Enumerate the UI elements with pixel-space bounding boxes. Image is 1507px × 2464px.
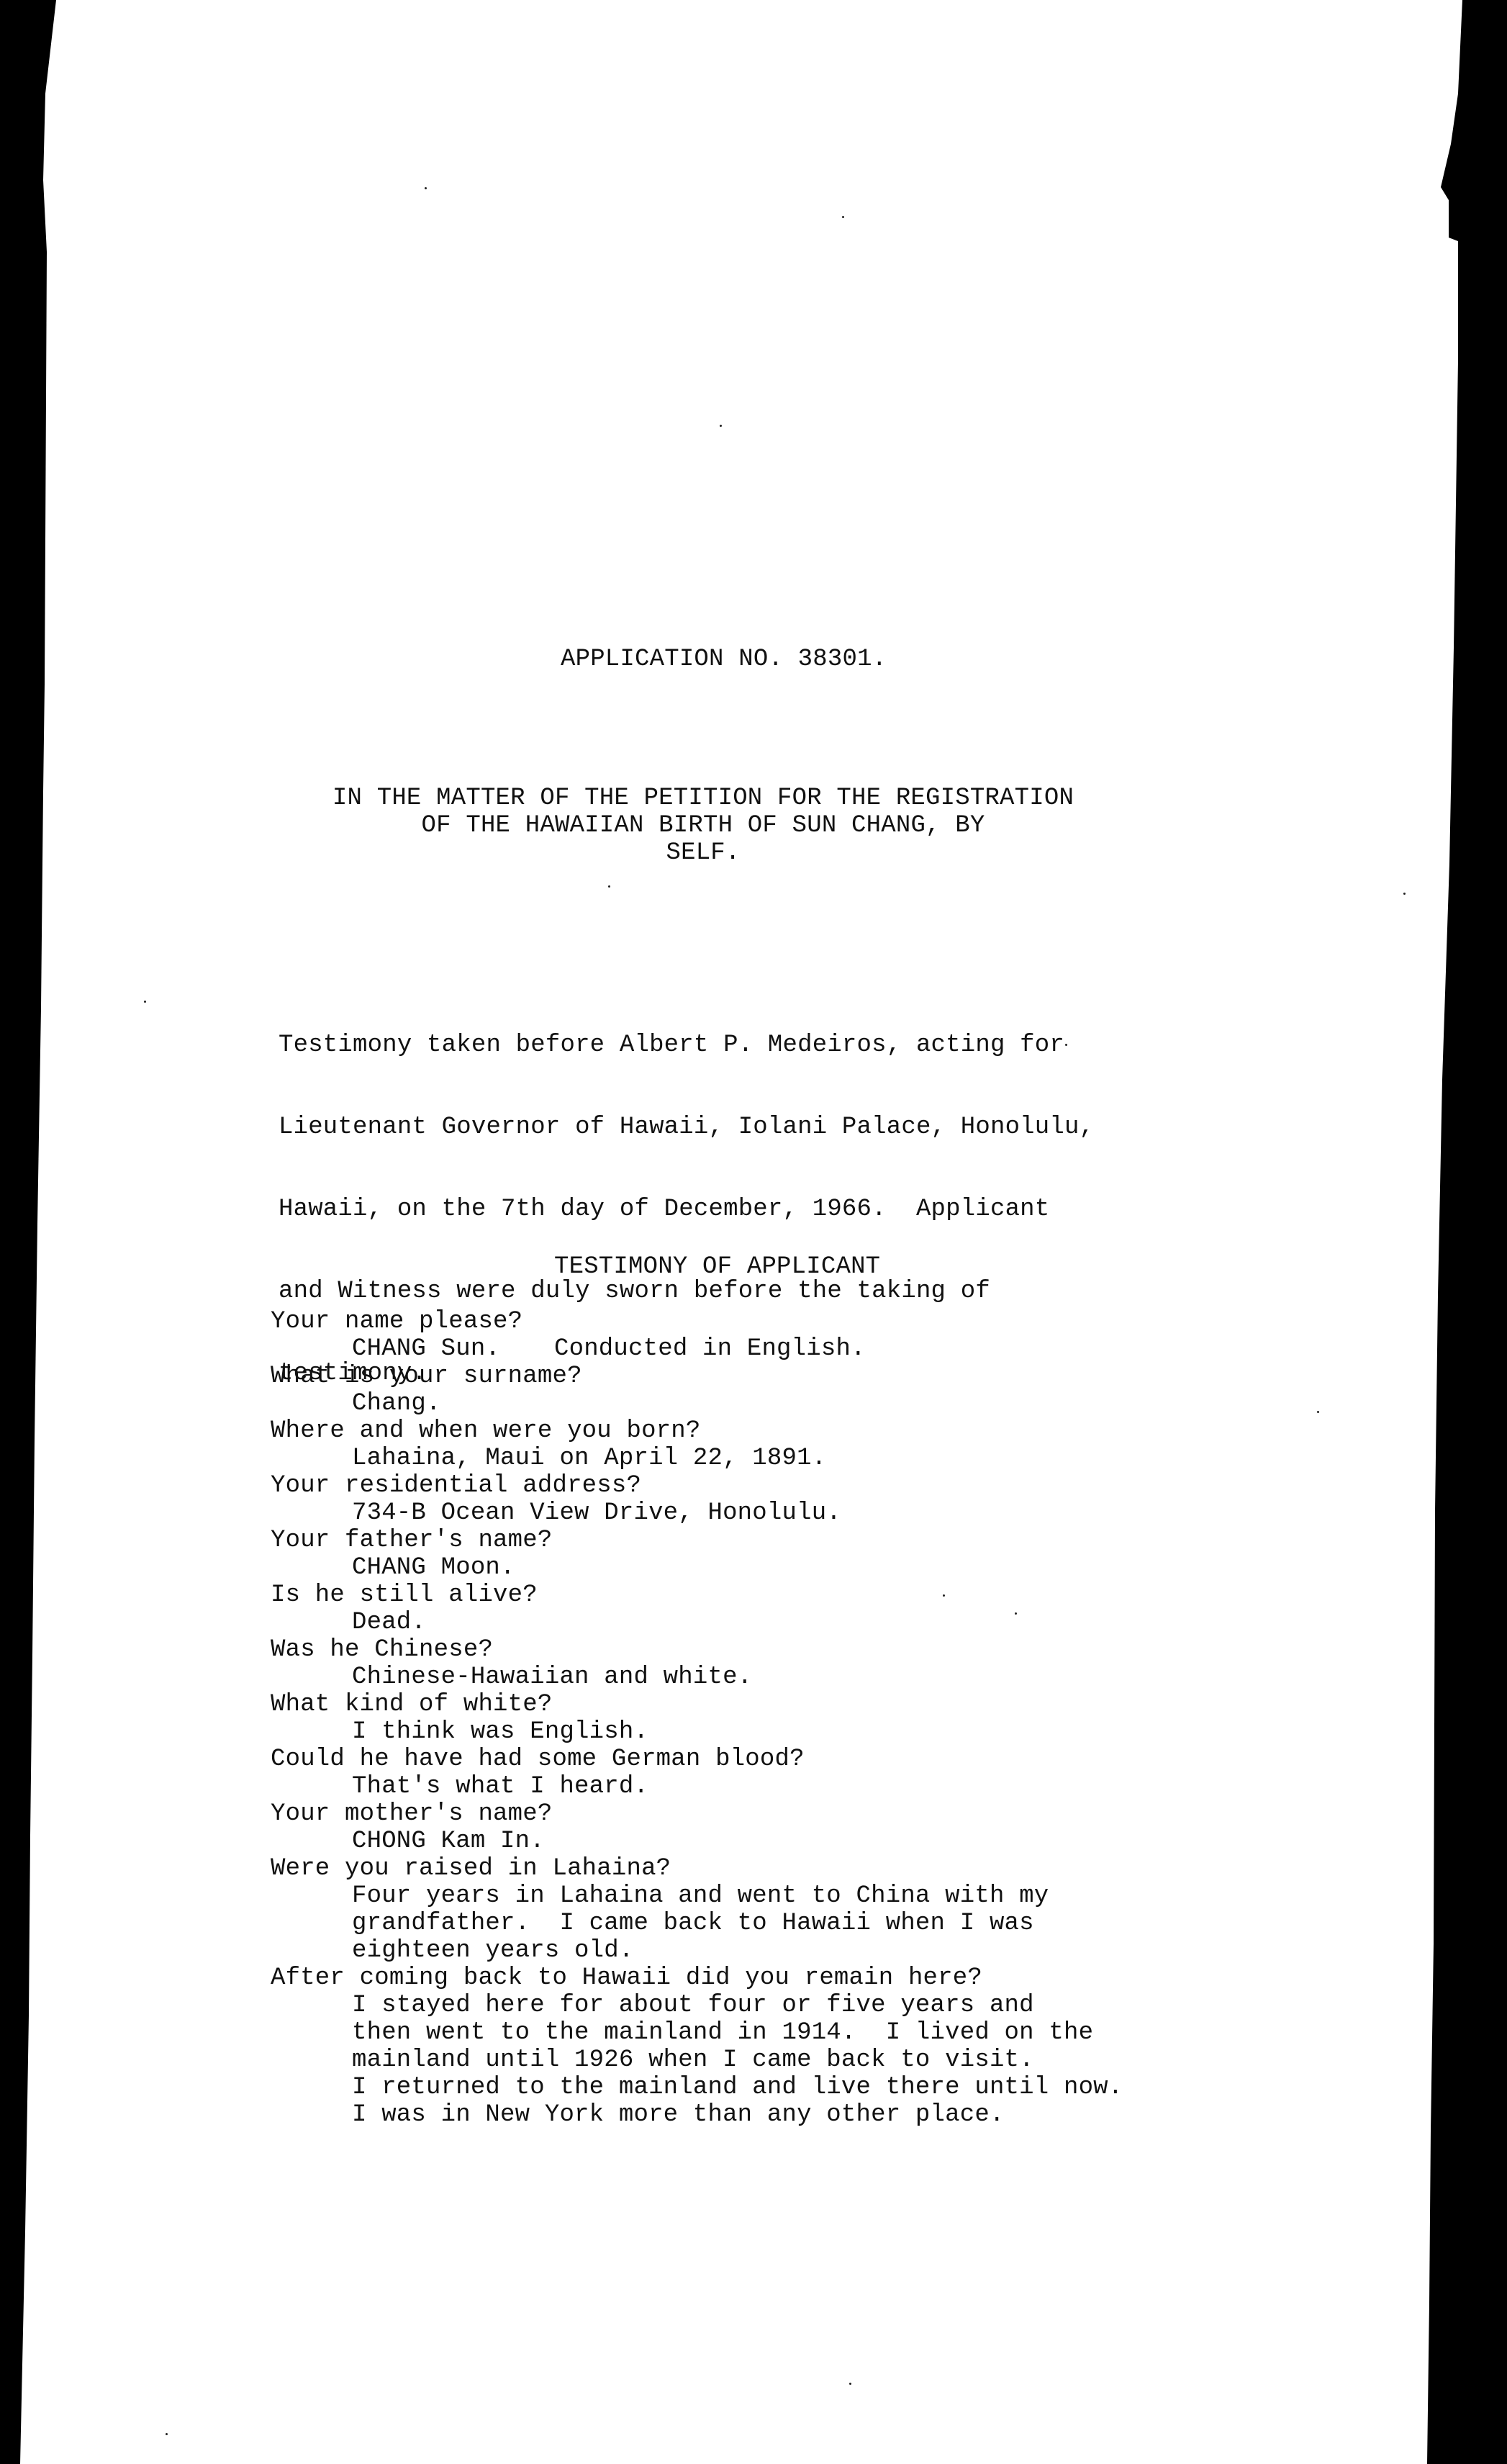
testimony-answer: I was in New York more than any other pl… — [271, 2101, 1123, 2129]
testimony-question: Where and when were you born? — [271, 1417, 1123, 1445]
scan-speck — [425, 187, 427, 189]
testimony-question: Is he still alive? — [271, 1581, 1123, 1609]
matter-title: IN THE MATTER OF THE PETITION FOR THE RE… — [282, 785, 1124, 867]
document-page: APPLICATION NO. 38301. IN THE MATTER OF … — [0, 0, 1507, 2464]
testimony-answer: CHONG Kam In. — [271, 1828, 1123, 1855]
testimony-answer: I returned to the mainland and live ther… — [271, 2074, 1123, 2101]
testimony-list: Your name please?CHANG Sun.What is your … — [271, 1308, 1123, 2129]
testimony-answer: That's what I heard. — [271, 1773, 1123, 1800]
scan-speck — [1403, 893, 1406, 895]
testimony-question: What kind of white? — [271, 1691, 1123, 1718]
scan-speck — [1065, 1044, 1067, 1046]
testimony-answer: grandfather. I came back to Hawaii when … — [271, 1910, 1123, 1937]
testimony-answer: CHANG Sun. — [271, 1335, 1123, 1363]
scan-speck — [1015, 1612, 1017, 1615]
scan-speck — [849, 2383, 851, 2385]
testimony-question: Your father's name? — [271, 1527, 1123, 1554]
intro-line: Testimony taken before Albert P. Medeiro… — [279, 1032, 1094, 1059]
testimony-question: Was he Chinese? — [271, 1636, 1123, 1664]
testimony-question: What is your surname? — [271, 1363, 1123, 1390]
scan-speck — [1317, 1411, 1319, 1413]
testimony-question: Your mother's name? — [271, 1800, 1123, 1828]
scan-speck — [166, 2433, 168, 2435]
application-number: APPLICATION NO. 38301. — [561, 646, 887, 673]
intro-line: Lieutenant Governor of Hawaii, Iolani Pa… — [279, 1114, 1094, 1141]
testimony-answer: I think was English. — [271, 1718, 1123, 1746]
scan-speck — [842, 216, 844, 218]
testimony-answer: Lahaina, Maui on April 22, 1891. — [271, 1445, 1123, 1472]
testimony-answer: Chang. — [271, 1390, 1123, 1417]
testimony-answer: 734-B Ocean View Drive, Honolulu. — [271, 1499, 1123, 1527]
testimony-answer: mainland until 1926 when I came back to … — [271, 2046, 1123, 2074]
matter-title-line: OF THE HAWAIIAN BIRTH OF SUN CHANG, BY — [282, 812, 1124, 839]
testimony-answer: Dead. — [271, 1609, 1123, 1636]
testimony-question: Your residential address? — [271, 1472, 1123, 1499]
scan-speck — [608, 885, 610, 888]
testimony-answer: then went to the mainland in 1914. I liv… — [271, 2019, 1123, 2046]
testimony-answer: CHANG Moon. — [271, 1554, 1123, 1581]
testimony-answer: Four years in Lahaina and went to China … — [271, 1882, 1123, 1910]
testimony-question: After coming back to Hawaii did you rema… — [271, 1964, 1123, 1992]
testimony-answer: eighteen years old. — [271, 1937, 1123, 1964]
testimony-question: Your name please? — [271, 1308, 1123, 1335]
scan-speck — [144, 1001, 146, 1003]
testimony-answer: Chinese-Hawaiian and white. — [271, 1664, 1123, 1691]
matter-title-line: SELF. — [282, 839, 1124, 867]
scan-speck — [943, 1594, 945, 1597]
testimony-question: Could he have had some German blood? — [271, 1746, 1123, 1773]
testimony-question: Were you raised in Lahaina? — [271, 1855, 1123, 1882]
scan-speck — [720, 425, 722, 427]
section-heading-title: TESTIMONY OF APPLICANT — [554, 1253, 880, 1281]
testimony-answer: I stayed here for about four or five yea… — [271, 1992, 1123, 2019]
matter-title-line: IN THE MATTER OF THE PETITION FOR THE RE… — [282, 785, 1124, 812]
